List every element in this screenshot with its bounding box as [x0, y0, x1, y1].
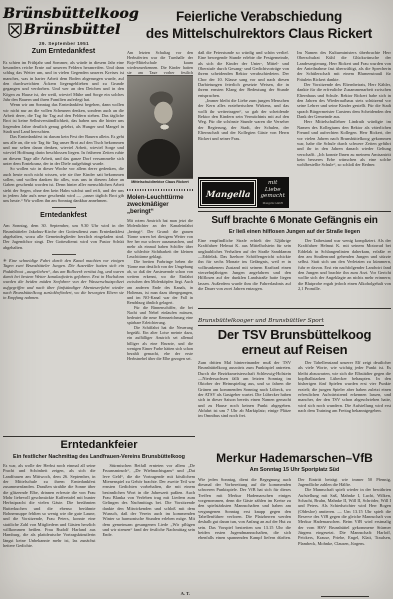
molen-body: Mit rotem Anstrich hat man jetzt die Mol… [127, 218, 193, 361]
erntedankfest-body: Am Sonntag, dem 30. September, um 9.30 U… [3, 223, 124, 250]
masthead-title-line2: Brünsbüttel [24, 22, 121, 38]
mangella-logo-frame: Mangella [201, 181, 255, 205]
section-suff: Suff brachte 6 Monate Gefängnis ein Er l… [198, 211, 391, 297]
note-star-icon: ✳ [3, 258, 7, 263]
sport-kicker: Brunsbüttelkooger und Brunsbüttler Sport [198, 318, 324, 326]
merkur-body: Wie jeden Sonntag, dient die Begegnung a… [198, 477, 391, 590]
rickert-text-a: Am letzten Schultag vor den Herbstferien… [127, 50, 193, 74]
rickert-text-b: daß die Feierstunde so würdig und schön … [198, 50, 289, 175]
merkur-heading: Merkur Hademarschen–VfB [198, 452, 391, 466]
section-rule [3, 436, 195, 437]
column-middle: Am letzten Schultag vor den Herbstferien… [127, 50, 193, 436]
sport-body: Zum dritten Mal hintereinander muß der T… [198, 360, 391, 455]
erntedank-heading: Zum Erntedankfest [3, 48, 124, 57]
section-divider [52, 207, 76, 208]
masthead-title-line1: Brünsbüttelkoog [3, 6, 125, 22]
column-erntedank: Zum Erntedankfest Es schien im Frühjahr … [3, 46, 124, 436]
ad-company-line: Mangella GmbH [259, 201, 286, 205]
section-merkur: Merkur Hademarschen–VfB Am Sonntag 15 Uh… [198, 452, 391, 598]
feier-heading: Erntedankfeier [3, 439, 195, 452]
kanal-note-text: Eine schneidige Fahrt durch den Kanal ma… [3, 258, 124, 300]
section-divider [52, 254, 76, 255]
article-end-rule [321, 596, 369, 597]
main-headline: Feierliche Verabschiedung des Mittelschu… [128, 9, 390, 42]
main-headline-line1: Feierliche Verabschiedung [128, 9, 390, 26]
sport-heading-line1: Der TSV Brunsbüttelkoog [198, 327, 391, 342]
section-rule [198, 211, 391, 212]
photo-claus-rickert [127, 76, 193, 178]
mangella-brand-logo: Mangella [205, 190, 250, 200]
mangella-ad: Mangella mit Liebe gemacht Mangella GmbH [198, 177, 289, 208]
author-initials: A. T. [181, 591, 190, 596]
erntedank-body: Es schien im Frühjahr und Sommer, als wü… [3, 60, 124, 204]
feier-body: Es war, als wolle der Herbst noch einmal… [3, 463, 195, 584]
masthead: Brünsbüttelkoog Brünsbüttel 29. Septembe… [3, 6, 125, 46]
newspaper-page: Brünsbüttelkoog Brünsbüttel 29. Septembe… [0, 0, 393, 599]
sport-heading-line2: erneut auf Reisen [198, 342, 391, 357]
kanal-note: ✳ Eine schneidige Fahrt durch den Kanal … [3, 258, 124, 301]
suff-subheading: Er ließ einen hilflosen Jungen auf der S… [198, 229, 391, 236]
coat-of-arms-icon [8, 23, 22, 38]
rickert-text-c: Im Namen des Kulturministers überbrachte… [297, 50, 391, 209]
erntedankfest-heading: Erntedankfest [3, 212, 124, 221]
suff-heading: Suff brachte 6 Monate Gefängnis ein [198, 215, 391, 227]
section-erntedankfeier: Erntedankfeier Ein festlicher Nachmittag… [3, 436, 195, 597]
photo-caption: Mittelschuldirektor Claus Rickert [127, 180, 193, 185]
main-headline-line2: des Mittelschulrektors Claus Rickert [128, 26, 390, 43]
feier-subheading: Ein festlicher Nachmittag des Landfrauen… [3, 454, 195, 461]
suff-body: Eine empfindliche Strafe erhielt der 32j… [198, 238, 391, 297]
ad-tagline: mit Liebe gemacht [259, 180, 286, 200]
molen-heading: Molen-Leuchttürme zweckmäßiger „beringt“ [127, 194, 193, 216]
merkur-subheading: Am Sonntag 15 Uhr Sportplatz Süd [198, 467, 391, 474]
section-sport: Brunsbüttelkooger und Brunsbüttler Sport… [198, 308, 391, 455]
squiggle-divider [127, 189, 193, 191]
